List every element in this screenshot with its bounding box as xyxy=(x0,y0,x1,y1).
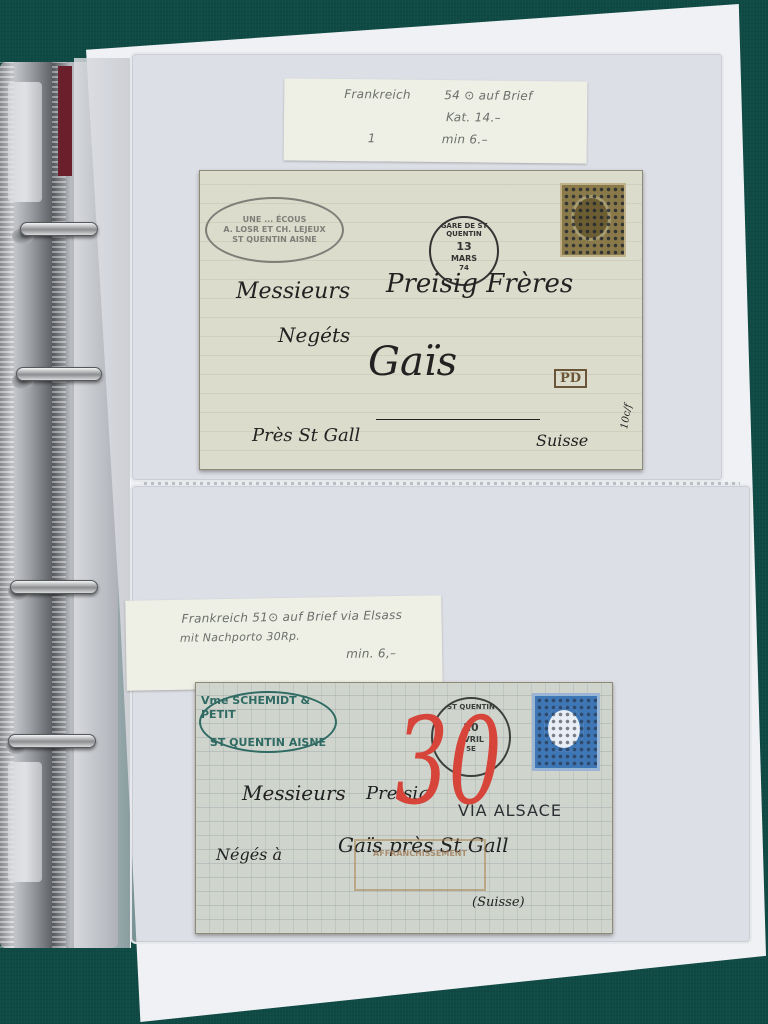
margin-note: 10c/f xyxy=(619,403,634,430)
spine-pad xyxy=(8,82,42,202)
binder-ring[interactable] xyxy=(8,734,96,748)
sender-oval-cachet: UNE ... ÉCOUS A. LOSR ET CH. LEJEUX ST Q… xyxy=(205,197,344,263)
description-card-2: Frankreich 51⊙ auf Brief via Elsass mit … xyxy=(125,595,443,691)
address-line: Près St Gall xyxy=(252,425,360,446)
address-country: Suisse xyxy=(536,431,588,450)
address-line: Négés à xyxy=(216,845,282,864)
address-country: (Suisse) xyxy=(472,895,525,910)
address-line: Messieurs xyxy=(242,781,346,805)
binder-ring[interactable] xyxy=(16,367,102,381)
spine-pad xyxy=(8,762,42,882)
address-line: Negéts xyxy=(278,323,350,347)
spine-ribbing xyxy=(52,62,66,948)
card-text: 1 xyxy=(368,131,376,145)
dotted-cancel xyxy=(560,183,626,257)
postal-cover-1[interactable]: UNE ... ÉCOUS A. LOSR ET CH. LEJEUX ST Q… xyxy=(199,170,643,470)
address-line: Messieurs xyxy=(236,279,350,304)
card-text: 54 ⊙ auf Brief xyxy=(444,88,532,103)
address-city: Gaïs xyxy=(368,339,457,385)
card-text: min. 6,– xyxy=(346,646,396,661)
binder-cover-edge xyxy=(58,66,72,176)
postage-stamp xyxy=(560,183,626,257)
card-text: Frankreich xyxy=(344,87,411,102)
card-text: Kat. 14.– xyxy=(446,110,501,125)
binder-ring[interactable] xyxy=(10,580,98,594)
postage-stamp xyxy=(532,693,600,771)
faint-boxed-cachet: AFFRANCHISSEMENT xyxy=(354,839,486,891)
card-text: min 6.– xyxy=(442,132,488,146)
address-line: Preisig Frères xyxy=(386,269,573,299)
sender-oval-cachet: Vme SCHEMIDT & PETIT ST QUENTIN AISNE xyxy=(199,691,337,753)
card-text: Frankreich 51⊙ auf Brief via Elsass xyxy=(181,608,402,626)
pocket-seal-line xyxy=(140,482,740,485)
dotted-cancel xyxy=(532,693,600,771)
red-tax-mark: 30 xyxy=(395,703,502,823)
pd-box-stamp: PD xyxy=(554,369,587,388)
underline xyxy=(376,419,540,420)
page-binding-strip xyxy=(74,58,131,948)
card-text: mit Nachporto 30Rp. xyxy=(180,630,300,645)
binder-ring[interactable] xyxy=(20,222,98,236)
description-card-1: Frankreich 54 ⊙ auf Brief Kat. 14.– 1 mi… xyxy=(284,78,588,163)
postal-cover-2[interactable]: Vme SCHEMIDT & PETIT ST QUENTIN AISNE ST… xyxy=(195,682,613,934)
